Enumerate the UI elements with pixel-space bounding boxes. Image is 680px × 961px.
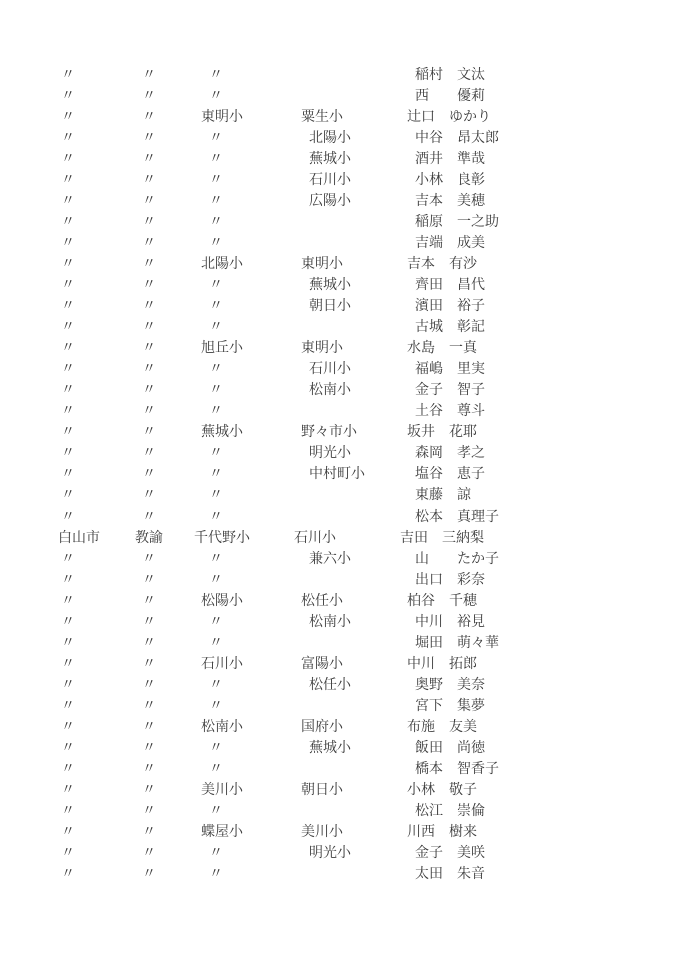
ditto-mark: 〃 bbox=[138, 274, 201, 294]
table-row: 〃〃松陽小松任小柏谷千穂 bbox=[0, 589, 499, 610]
family-name: 水島 bbox=[407, 337, 449, 357]
table-row: 〃〃〃出口彩奈 bbox=[0, 568, 499, 589]
table-row: 〃〃蕪城小野々市小坂井花耶 bbox=[0, 421, 499, 442]
ditto-mark: 〃 bbox=[201, 569, 309, 589]
ditto-mark: 〃 bbox=[138, 421, 201, 441]
cell-name: 稲原一之助 bbox=[415, 211, 499, 231]
cell-name: 坂井花耶 bbox=[407, 421, 499, 441]
ditto-mark: 〃 bbox=[201, 611, 309, 631]
family-name: 濱田 bbox=[415, 295, 457, 315]
ditto-mark: 〃 bbox=[58, 590, 138, 610]
cell-school-from: 東明小 bbox=[301, 337, 407, 357]
ditto-mark: 〃 bbox=[138, 295, 201, 315]
family-name: 中谷 bbox=[415, 127, 457, 147]
cell-name: 柏谷千穂 bbox=[407, 590, 499, 610]
cell-name: 辻口ゆかり bbox=[407, 106, 499, 126]
ditto-mark: 〃 bbox=[138, 85, 201, 105]
ditto-mark: 〃 bbox=[138, 232, 201, 252]
ditto-mark: 〃 bbox=[58, 548, 138, 568]
family-name: 宮下 bbox=[415, 695, 457, 715]
cell-name: 西優莉 bbox=[415, 85, 499, 105]
table-row: 〃〃蝶屋小美川小川西樹来 bbox=[0, 821, 499, 842]
ditto-mark: 〃 bbox=[138, 695, 201, 715]
ditto-mark: 〃 bbox=[201, 800, 309, 820]
cell-school-to: 蝶屋小 bbox=[201, 821, 301, 841]
cell-name: 中川裕見 bbox=[415, 611, 499, 631]
table-row: 〃〃〃松本真理子 bbox=[0, 505, 499, 526]
family-name: 堀田 bbox=[415, 632, 457, 652]
ditto-mark: 〃 bbox=[58, 337, 138, 357]
cell-name: 金子智子 bbox=[415, 379, 499, 399]
table-row: 〃〃〃中村町小塩谷恵子 bbox=[0, 463, 499, 484]
table-row: 〃〃〃稲村文汰 bbox=[0, 63, 499, 84]
given-name: 三納梨 bbox=[442, 529, 484, 545]
family-name: 齊田 bbox=[415, 274, 457, 294]
ditto-mark: 〃 bbox=[201, 85, 309, 105]
ditto-mark: 〃 bbox=[138, 674, 201, 694]
ditto-mark: 〃 bbox=[58, 674, 138, 694]
family-name: 橋本 bbox=[415, 758, 457, 778]
given-name: 里実 bbox=[457, 360, 485, 376]
given-name: 崇倫 bbox=[457, 802, 485, 818]
given-name: 裕見 bbox=[457, 613, 485, 629]
ditto-mark: 〃 bbox=[138, 548, 201, 568]
table-row: 〃〃〃松江崇倫 bbox=[0, 800, 499, 821]
cell-school-from: 松任小 bbox=[309, 674, 415, 694]
ditto-mark: 〃 bbox=[58, 295, 138, 315]
cell-school-from: 富陽小 bbox=[301, 653, 407, 673]
cell-name: 飯田尚徳 bbox=[415, 737, 499, 757]
table-row: 〃〃〃兼六小山たか子 bbox=[0, 547, 499, 568]
family-name: 布施 bbox=[407, 716, 449, 736]
ditto-mark: 〃 bbox=[58, 421, 138, 441]
cell-name: 稲村文汰 bbox=[415, 64, 499, 84]
ditto-mark: 〃 bbox=[138, 316, 201, 336]
ditto-mark: 〃 bbox=[201, 190, 309, 210]
ditto-mark: 〃 bbox=[138, 253, 201, 273]
given-name: 千穂 bbox=[449, 592, 477, 608]
ditto-mark: 〃 bbox=[138, 737, 201, 757]
table-row: 〃〃〃宮下集夢 bbox=[0, 694, 499, 715]
ditto-mark: 〃 bbox=[201, 463, 309, 483]
table-row: 〃〃〃明光小森岡孝之 bbox=[0, 442, 499, 463]
cell-name: 金子美咲 bbox=[415, 842, 499, 862]
cell-school-from: 明光小 bbox=[309, 442, 415, 462]
ditto-mark: 〃 bbox=[201, 169, 309, 189]
given-name: 文汰 bbox=[457, 66, 485, 82]
cell-school-from: 松南小 bbox=[309, 379, 415, 399]
table-row: 〃〃〃稲原一之助 bbox=[0, 210, 499, 231]
cell-name: 奥野美奈 bbox=[415, 674, 499, 694]
family-name: 稲村 bbox=[415, 64, 457, 84]
ditto-mark: 〃 bbox=[138, 211, 201, 231]
cell-name: 酒井準哉 bbox=[415, 148, 499, 168]
ditto-mark: 〃 bbox=[201, 400, 309, 420]
table-row: 〃〃〃松任小奥野美奈 bbox=[0, 673, 499, 694]
cell-name: 宮下集夢 bbox=[415, 695, 499, 715]
ditto-mark: 〃 bbox=[138, 758, 201, 778]
cell-school-to: 東明小 bbox=[201, 106, 301, 126]
ditto-mark: 〃 bbox=[58, 611, 138, 631]
ditto-mark: 〃 bbox=[58, 695, 138, 715]
cell-name: 小林良彰 bbox=[415, 169, 499, 189]
cell-name: 福嶋里実 bbox=[415, 358, 499, 378]
cell-school-from: 美川小 bbox=[301, 821, 407, 841]
cell-school-from: 東明小 bbox=[301, 253, 407, 273]
cell-school-from: 兼六小 bbox=[309, 548, 415, 568]
ditto-mark: 〃 bbox=[138, 190, 201, 210]
ditto-mark: 〃 bbox=[138, 800, 201, 820]
ditto-mark: 〃 bbox=[58, 400, 138, 420]
ditto-mark: 〃 bbox=[201, 506, 309, 526]
cell-school-from: 松任小 bbox=[301, 590, 407, 610]
table-row: 〃〃〃松南小金子智子 bbox=[0, 379, 499, 400]
ditto-mark: 〃 bbox=[201, 358, 309, 378]
cell-school-from: 石川小 bbox=[309, 169, 415, 189]
cell-name: 橋本智香子 bbox=[415, 758, 499, 778]
cell-name: 吉本有沙 bbox=[407, 253, 499, 273]
cell-name: 水島一真 bbox=[407, 337, 499, 357]
cell-school-to: 石川小 bbox=[201, 653, 301, 673]
ditto-mark: 〃 bbox=[138, 590, 201, 610]
ditto-mark: 〃 bbox=[58, 316, 138, 336]
table-row: 〃〃〃蕪城小酒井準哉 bbox=[0, 147, 499, 168]
ditto-mark: 〃 bbox=[58, 148, 138, 168]
family-name: 酒井 bbox=[415, 148, 457, 168]
given-name: 拓郎 bbox=[449, 655, 477, 671]
ditto-mark: 〃 bbox=[58, 358, 138, 378]
given-name: 樹来 bbox=[449, 823, 477, 839]
table-row: 〃〃松南小国府小布施友美 bbox=[0, 715, 499, 736]
given-name: 美奈 bbox=[457, 676, 485, 692]
cell-name: 古城彰記 bbox=[415, 316, 499, 336]
ditto-mark: 〃 bbox=[58, 758, 138, 778]
cell-school-from: 中村町小 bbox=[309, 463, 415, 483]
cell-school-to: 蕪城小 bbox=[201, 421, 301, 441]
table-row: 〃〃旭丘小東明小水島一真 bbox=[0, 337, 499, 358]
ditto-mark: 〃 bbox=[138, 632, 201, 652]
given-name: 良彰 bbox=[457, 171, 485, 187]
cell-name: 布施友美 bbox=[407, 716, 499, 736]
given-name: 孝之 bbox=[457, 444, 485, 460]
family-name: 奥野 bbox=[415, 674, 457, 694]
table-row: 〃〃北陽小東明小吉本有沙 bbox=[0, 252, 499, 273]
given-name: 朱音 bbox=[457, 865, 485, 881]
family-name: 吉田 bbox=[400, 527, 442, 547]
cell-school-from: 粟生小 bbox=[301, 106, 407, 126]
ditto-mark: 〃 bbox=[138, 379, 201, 399]
given-name: 一真 bbox=[449, 339, 477, 355]
ditto-mark: 〃 bbox=[138, 653, 201, 673]
given-name: 昂太郎 bbox=[457, 129, 499, 145]
ditto-mark: 〃 bbox=[138, 842, 201, 862]
ditto-mark: 〃 bbox=[58, 569, 138, 589]
cell-title: 教諭 bbox=[135, 527, 194, 547]
table-row: 〃〃〃蕪城小飯田尚徳 bbox=[0, 737, 499, 758]
cell-school-to: 千代野小 bbox=[194, 527, 294, 547]
family-name: 福嶋 bbox=[415, 358, 457, 378]
cell-school-from: 広陽小 bbox=[309, 190, 415, 210]
table-row: 〃〃美川小朝日小小林敬子 bbox=[0, 779, 499, 800]
ditto-mark: 〃 bbox=[58, 463, 138, 483]
family-name: 森岡 bbox=[415, 442, 457, 462]
ditto-mark: 〃 bbox=[58, 779, 138, 799]
given-name: 智子 bbox=[457, 381, 485, 397]
table-row: 〃〃〃西優莉 bbox=[0, 84, 499, 105]
ditto-mark: 〃 bbox=[201, 295, 309, 315]
cell-school-to: 北陽小 bbox=[201, 253, 301, 273]
family-name: 塩谷 bbox=[415, 463, 457, 483]
cell-name: 山たか子 bbox=[415, 548, 499, 568]
cell-name: 吉田三納梨 bbox=[400, 527, 499, 547]
family-name: 西 bbox=[415, 85, 457, 105]
cell-name: 齊田昌代 bbox=[415, 274, 499, 294]
cell-name: 出口彩奈 bbox=[415, 569, 499, 589]
ditto-mark: 〃 bbox=[58, 632, 138, 652]
table-row: 〃〃〃松南小中川裕見 bbox=[0, 610, 499, 631]
family-name: 山 bbox=[415, 548, 457, 568]
table-row: 〃〃〃吉端成美 bbox=[0, 231, 499, 252]
cell-school-from: 石川小 bbox=[294, 527, 400, 547]
family-name: 東藤 bbox=[415, 484, 457, 504]
table-row: 〃〃〃朝日小濱田裕子 bbox=[0, 295, 499, 316]
cell-name: 川西樹来 bbox=[407, 821, 499, 841]
table-row: 〃〃〃古城彰記 bbox=[0, 316, 499, 337]
ditto-mark: 〃 bbox=[138, 716, 201, 736]
table-row: 〃〃東明小粟生小辻口ゆかり bbox=[0, 105, 499, 126]
ditto-mark: 〃 bbox=[201, 548, 309, 568]
ditto-mark: 〃 bbox=[138, 484, 201, 504]
family-name: 飯田 bbox=[415, 737, 457, 757]
ditto-mark: 〃 bbox=[201, 863, 309, 883]
cell-city: 白山市 bbox=[58, 527, 135, 547]
given-name: 昌代 bbox=[457, 276, 485, 292]
family-name: 古城 bbox=[415, 316, 457, 336]
given-name: 萌々華 bbox=[457, 634, 499, 650]
table-row: 〃〃〃石川小福嶋里実 bbox=[0, 358, 499, 379]
ditto-mark: 〃 bbox=[201, 737, 309, 757]
ditto-mark: 〃 bbox=[201, 695, 309, 715]
ditto-mark: 〃 bbox=[58, 64, 138, 84]
ditto-mark: 〃 bbox=[58, 274, 138, 294]
given-name: 一之助 bbox=[457, 213, 499, 229]
ditto-mark: 〃 bbox=[201, 211, 309, 231]
family-name: 小林 bbox=[415, 169, 457, 189]
family-name: 川西 bbox=[407, 821, 449, 841]
cell-school-from: 北陽小 bbox=[309, 127, 415, 147]
table-row: 〃〃〃石川小小林良彰 bbox=[0, 168, 499, 189]
cell-school-from: 蕪城小 bbox=[309, 148, 415, 168]
cell-name: 東藤諒 bbox=[415, 484, 499, 504]
cell-school-from: 朝日小 bbox=[309, 295, 415, 315]
cell-name: 松本真理子 bbox=[415, 506, 499, 526]
ditto-mark: 〃 bbox=[201, 632, 309, 652]
family-name: 稲原 bbox=[415, 211, 457, 231]
ditto-mark: 〃 bbox=[58, 716, 138, 736]
given-name: 智香子 bbox=[457, 760, 499, 776]
given-name: 花耶 bbox=[449, 423, 477, 439]
cell-school-from: 明光小 bbox=[309, 842, 415, 862]
family-name: 金子 bbox=[415, 842, 457, 862]
ditto-mark: 〃 bbox=[138, 442, 201, 462]
table-row: 〃〃〃堀田萌々華 bbox=[0, 631, 499, 652]
ditto-mark: 〃 bbox=[138, 569, 201, 589]
ditto-mark: 〃 bbox=[201, 842, 309, 862]
ditto-mark: 〃 bbox=[58, 127, 138, 147]
given-name: 集夢 bbox=[457, 697, 485, 713]
cell-name: 吉端成美 bbox=[415, 232, 499, 252]
family-name: 中川 bbox=[415, 611, 457, 631]
given-name: 成美 bbox=[457, 234, 485, 250]
ditto-mark: 〃 bbox=[138, 337, 201, 357]
given-name: たか子 bbox=[457, 550, 499, 566]
cell-name: 森岡孝之 bbox=[415, 442, 499, 462]
table-row: 〃〃〃明光小金子美咲 bbox=[0, 842, 499, 863]
given-name: 彩奈 bbox=[457, 571, 485, 587]
given-name: 美穂 bbox=[457, 192, 485, 208]
ditto-mark: 〃 bbox=[58, 232, 138, 252]
table-row: 白山市教諭千代野小石川小吉田三納梨 bbox=[0, 526, 499, 547]
ditto-mark: 〃 bbox=[138, 148, 201, 168]
personnel-transfer-table: 〃〃〃稲村文汰〃〃〃西優莉〃〃東明小粟生小辻口ゆかり〃〃〃北陽小中谷昂太郎〃〃〃… bbox=[0, 63, 499, 884]
family-name: 坂井 bbox=[407, 421, 449, 441]
given-name: 真理子 bbox=[457, 508, 499, 524]
table-row: 〃〃〃太田朱音 bbox=[0, 863, 499, 884]
table-row: 〃〃〃北陽小中谷昂太郎 bbox=[0, 126, 499, 147]
family-name: 土谷 bbox=[415, 400, 457, 420]
ditto-mark: 〃 bbox=[58, 106, 138, 126]
ditto-mark: 〃 bbox=[138, 863, 201, 883]
cell-school-to: 松南小 bbox=[201, 716, 301, 736]
ditto-mark: 〃 bbox=[138, 611, 201, 631]
cell-name: 太田朱音 bbox=[415, 863, 499, 883]
cell-name: 松江崇倫 bbox=[415, 800, 499, 820]
family-name: 小林 bbox=[407, 779, 449, 799]
ditto-mark: 〃 bbox=[58, 85, 138, 105]
ditto-mark: 〃 bbox=[58, 737, 138, 757]
given-name: 裕子 bbox=[457, 297, 485, 313]
family-name: 太田 bbox=[415, 863, 457, 883]
given-name: ゆかり bbox=[449, 108, 491, 124]
family-name: 金子 bbox=[415, 379, 457, 399]
cell-school-from: 蕪城小 bbox=[309, 737, 415, 757]
ditto-mark: 〃 bbox=[138, 106, 201, 126]
cell-name: 中谷昂太郎 bbox=[415, 127, 499, 147]
table-row: 〃〃〃東藤諒 bbox=[0, 484, 499, 505]
ditto-mark: 〃 bbox=[58, 800, 138, 820]
cell-name: 塩谷恵子 bbox=[415, 463, 499, 483]
given-name: 尚徳 bbox=[457, 739, 485, 755]
cell-school-from: 国府小 bbox=[301, 716, 407, 736]
cell-school-to: 松陽小 bbox=[201, 590, 301, 610]
document-page: 〃〃〃稲村文汰〃〃〃西優莉〃〃東明小粟生小辻口ゆかり〃〃〃北陽小中谷昂太郎〃〃〃… bbox=[0, 0, 680, 961]
given-name: 尊斗 bbox=[457, 402, 485, 418]
ditto-mark: 〃 bbox=[58, 190, 138, 210]
ditto-mark: 〃 bbox=[201, 148, 309, 168]
cell-school-from: 蕪城小 bbox=[309, 274, 415, 294]
ditto-mark: 〃 bbox=[138, 64, 201, 84]
family-name: 吉本 bbox=[407, 253, 449, 273]
ditto-mark: 〃 bbox=[58, 863, 138, 883]
ditto-mark: 〃 bbox=[58, 169, 138, 189]
ditto-mark: 〃 bbox=[138, 358, 201, 378]
ditto-mark: 〃 bbox=[201, 484, 309, 504]
given-name: 美咲 bbox=[457, 844, 485, 860]
cell-school-to: 美川小 bbox=[201, 779, 301, 799]
ditto-mark: 〃 bbox=[201, 232, 309, 252]
ditto-mark: 〃 bbox=[58, 253, 138, 273]
ditto-mark: 〃 bbox=[138, 506, 201, 526]
ditto-mark: 〃 bbox=[201, 758, 309, 778]
family-name: 柏谷 bbox=[407, 590, 449, 610]
ditto-mark: 〃 bbox=[138, 400, 201, 420]
given-name: 恵子 bbox=[457, 465, 485, 481]
given-name: 友美 bbox=[449, 718, 477, 734]
table-row: 〃〃〃土谷尊斗 bbox=[0, 400, 499, 421]
given-name: 諒 bbox=[457, 486, 471, 502]
cell-name: 中川拓郎 bbox=[407, 653, 499, 673]
table-row: 〃〃〃橋本智香子 bbox=[0, 758, 499, 779]
cell-name: 小林敬子 bbox=[407, 779, 499, 799]
ditto-mark: 〃 bbox=[58, 442, 138, 462]
family-name: 吉端 bbox=[415, 232, 457, 252]
ditto-mark: 〃 bbox=[58, 211, 138, 231]
ditto-mark: 〃 bbox=[58, 653, 138, 673]
cell-name: 堀田萌々華 bbox=[415, 632, 499, 652]
ditto-mark: 〃 bbox=[58, 506, 138, 526]
ditto-mark: 〃 bbox=[138, 127, 201, 147]
ditto-mark: 〃 bbox=[201, 674, 309, 694]
family-name: 辻口 bbox=[407, 106, 449, 126]
family-name: 松江 bbox=[415, 800, 457, 820]
table-row: 〃〃〃広陽小吉本美穂 bbox=[0, 189, 499, 210]
ditto-mark: 〃 bbox=[201, 127, 309, 147]
ditto-mark: 〃 bbox=[201, 442, 309, 462]
ditto-mark: 〃 bbox=[58, 484, 138, 504]
ditto-mark: 〃 bbox=[201, 274, 309, 294]
ditto-mark: 〃 bbox=[138, 169, 201, 189]
given-name: 優莉 bbox=[457, 87, 485, 103]
ditto-mark: 〃 bbox=[138, 463, 201, 483]
cell-name: 土谷尊斗 bbox=[415, 400, 499, 420]
ditto-mark: 〃 bbox=[58, 821, 138, 841]
table-row: 〃〃〃蕪城小齊田昌代 bbox=[0, 273, 499, 294]
ditto-mark: 〃 bbox=[201, 379, 309, 399]
cell-name: 吉本美穂 bbox=[415, 190, 499, 210]
ditto-mark: 〃 bbox=[58, 379, 138, 399]
cell-school-from: 野々市小 bbox=[301, 421, 407, 441]
ditto-mark: 〃 bbox=[138, 779, 201, 799]
ditto-mark: 〃 bbox=[201, 316, 309, 336]
table-row: 〃〃石川小富陽小中川拓郎 bbox=[0, 652, 499, 673]
cell-school-to: 旭丘小 bbox=[201, 337, 301, 357]
ditto-mark: 〃 bbox=[201, 64, 309, 84]
family-name: 中川 bbox=[407, 653, 449, 673]
given-name: 有沙 bbox=[449, 255, 477, 271]
given-name: 敬子 bbox=[449, 781, 477, 797]
cell-school-from: 石川小 bbox=[309, 358, 415, 378]
cell-school-from: 松南小 bbox=[309, 611, 415, 631]
family-name: 松本 bbox=[415, 506, 457, 526]
cell-school-from: 朝日小 bbox=[301, 779, 407, 799]
given-name: 準哉 bbox=[457, 150, 485, 166]
ditto-mark: 〃 bbox=[58, 842, 138, 862]
cell-name: 濱田裕子 bbox=[415, 295, 499, 315]
given-name: 彰記 bbox=[457, 318, 485, 334]
ditto-mark: 〃 bbox=[138, 821, 201, 841]
family-name: 出口 bbox=[415, 569, 457, 589]
family-name: 吉本 bbox=[415, 190, 457, 210]
